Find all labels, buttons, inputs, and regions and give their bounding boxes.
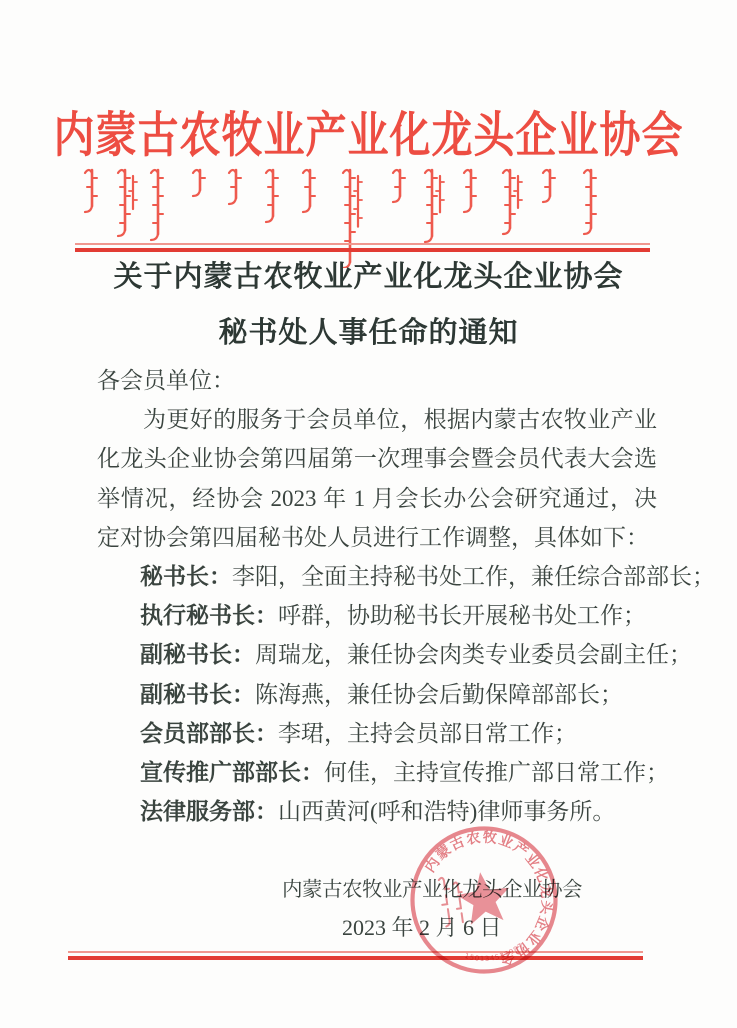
appointment-role: 副秘书长： [140,682,255,707]
appointment-line: 副秘书长：周瑞龙，兼任协会肉类专业委员会副主任； [140,635,657,674]
doc-title-line1: 关于内蒙古农牧业产业化龙头企业协会 [0,254,737,295]
header-rule-thick [75,248,650,253]
appointment-role: 副秘书长： [140,642,255,667]
document-page: 内蒙古农牧业产业化龙头企业协会 关于内蒙古农牧业产业化龙头企业协会 秘书处人事任… [0,0,737,1028]
appointment-role: 秘书长： [140,564,232,589]
doc-title-line2: 秘书处人事任命的通知 [0,310,737,351]
appointment-role: 执行秘书长： [140,603,278,628]
appointment-line: 会员部部长：李珺，主持会员部日常工作； [140,714,657,753]
appointment-line: 副秘书长：陈海燕，兼任协会后勤保障部部长； [140,675,657,714]
body-text: 各会员单位： 为更好的服务于会员单位，根据内蒙古农牧业产业化龙头企业协会第四届第… [97,361,657,831]
salutation: 各会员单位： [97,361,657,400]
mongolian-script-row [60,166,660,268]
appointment-role: 法律服务部： [140,799,278,824]
signature-date: 2023 年 2 月 6 日 [342,911,502,942]
appointment-text: 何佳，主持宣传推广部日常工作； [324,760,669,785]
appointment-line: 法律服务部：山西黄河(呼和浩特)律师事务所。 [140,792,657,831]
appointment-line: 秘书长：李阳，全面主持秘书处工作，兼任综合部部长； [140,557,657,596]
appointment-text: 山西黄河(呼和浩特)律师事务所。 [278,799,615,824]
footer-rule-thin [68,951,643,953]
appointment-text: 呼群，协助秘书长开展秘书处工作； [278,603,646,628]
appointment-line: 宣传推广部部长：何佳，主持宣传推广部日常工作； [140,753,657,792]
header-rule-thin [75,243,650,245]
signature-org: 内蒙古农牧业产业化龙头企业协会 [282,872,582,902]
appointment-line: 执行秘书长：呼群，协助秘书长开展秘书处工作； [140,596,657,635]
appointment-text: 李珺，主持会员部日常工作； [278,721,577,746]
appointment-text: 李阳，全面主持秘书处工作，兼任综合部部长； [232,564,715,589]
appointment-text: 陈海燕，兼任协会后勤保障部部长； [255,682,623,707]
letterhead-org-name: 内蒙古农牧业产业化龙头企业协会 [0,96,737,166]
appointment-text: 周瑞龙，兼任协会肉类专业委员会副主任； [255,642,692,667]
footer-rule-thick [68,956,643,961]
appointment-role: 会员部部长： [140,721,278,746]
appointment-role: 宣传推广部部长： [140,760,324,785]
intro-paragraph: 为更好的服务于会员单位，根据内蒙古农牧业产业化龙头企业协会第四届第一次理事会暨会… [97,400,657,557]
